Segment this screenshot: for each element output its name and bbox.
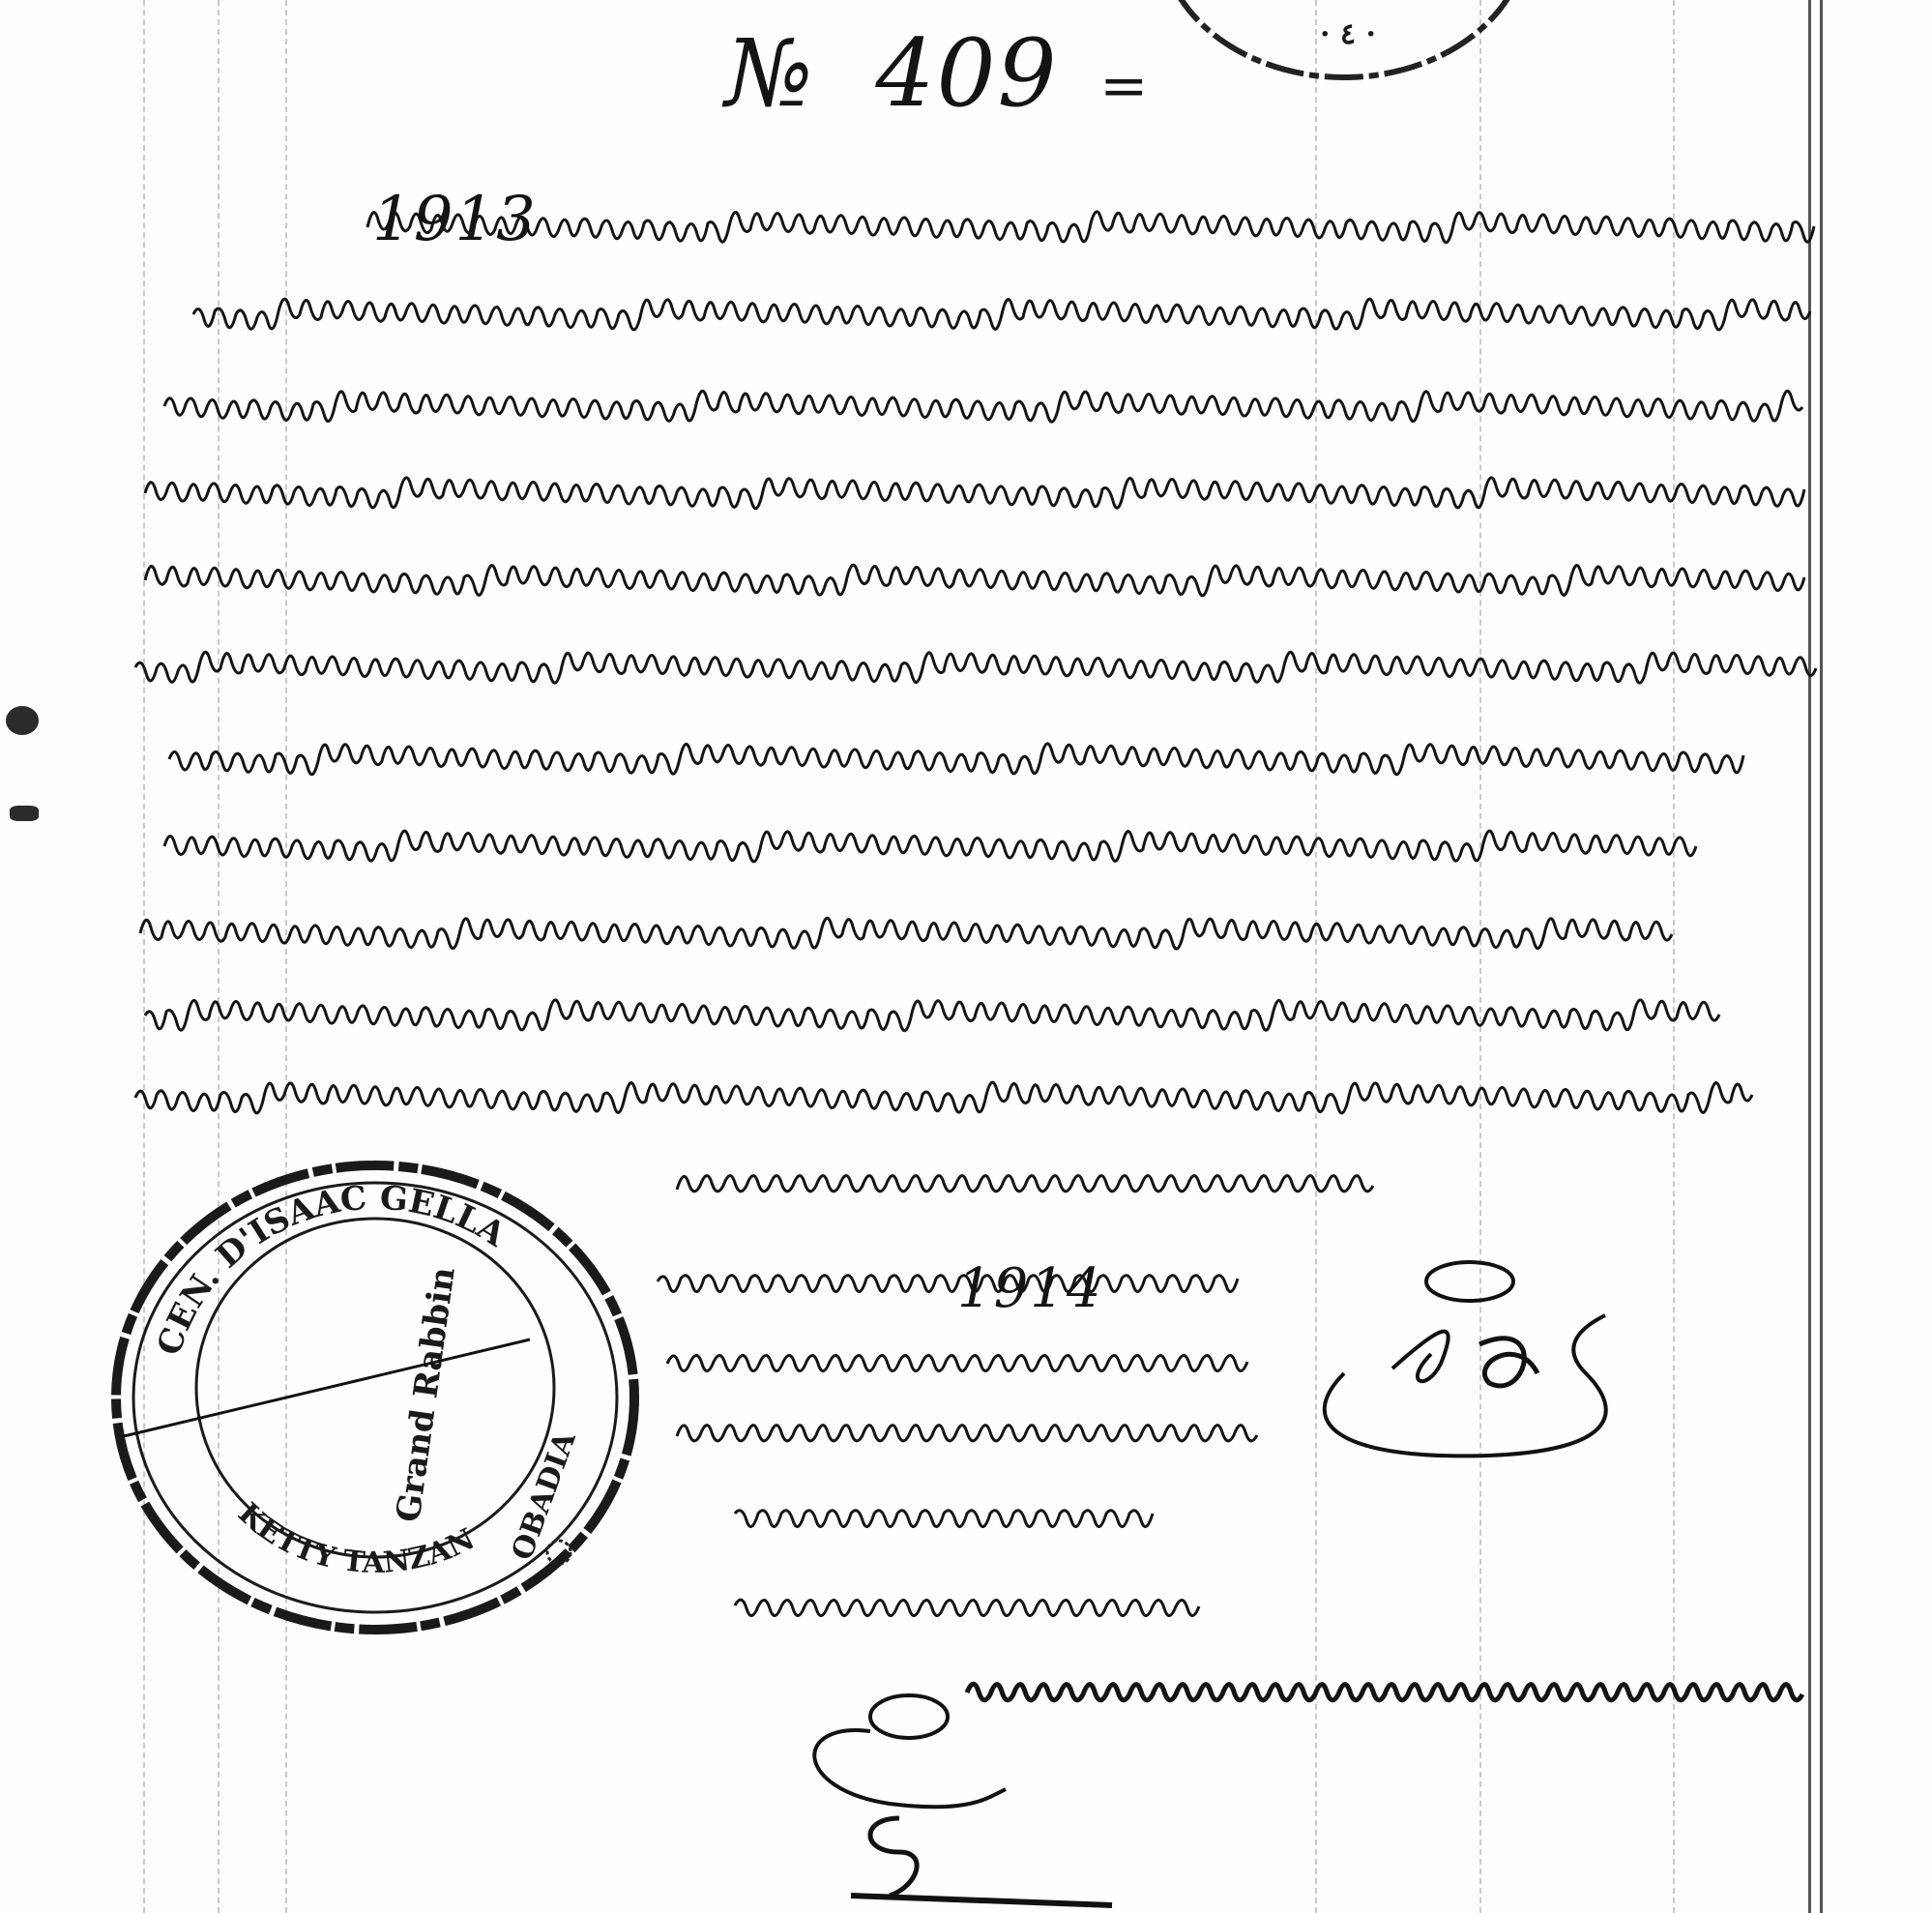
body-line: [handwritten Solitreo line] <box>145 542 1799 600</box>
ink-blot <box>10 806 39 821</box>
number-value: 409 <box>875 19 1058 128</box>
margin-double-rule <box>1820 0 1823 1913</box>
signature-right <box>1296 1267 1663 1460</box>
rabbinate-stamp: CEN. D'ISAAC GELLA KETTY TANZAN Grand Ra… <box>104 1156 646 1639</box>
top-stamp-fragment: · ٤ · <box>1320 17 1376 51</box>
body-line: [handwritten Solitreo line] <box>164 808 1692 866</box>
margin-double-rule <box>1808 0 1811 1913</box>
body-line: [handwritten Solitreo line] <box>193 276 1799 334</box>
body-line: [handwritten Solitreo line] <box>145 455 1799 513</box>
date-1914: 1914 <box>957 1257 1103 1320</box>
signature-line: [handwritten Solitreo line] <box>735 1475 1141 1533</box>
number-underline: = <box>1099 52 1150 120</box>
top-stamp: · ٤ · <box>1141 0 1547 97</box>
body-line: [handwritten Solitreo line] <box>169 721 1731 779</box>
body-line: [handwritten Solitreo line — includes da… <box>367 189 1799 247</box>
svg-text:KETTY TANZAN: KETTY TANZAN <box>231 1496 480 1579</box>
body-line: [handwritten Solitreo line] <box>140 895 1663 953</box>
signature-line: [handwritten Solitreo line] <box>735 1567 1189 1625</box>
signature-line: [handwritten Solitreo line — includes da… <box>658 1243 1238 1301</box>
signature-line: [handwritten Solitreo line] <box>677 1398 1238 1456</box>
signature-line: [handwritten Solitreo line] <box>667 1325 1247 1383</box>
stamp-inner-text: Grand Rabbin <box>389 1265 463 1525</box>
svg-text:CEN. D'ISAAC GELLA: CEN. D'ISAAC GELLA <box>150 1179 512 1361</box>
signature-bottom <box>754 1683 1160 1905</box>
stamp-outer-text: CEN. D'ISAAC GELLA <box>150 1179 512 1361</box>
body-line: [handwritten Solitreo line] <box>135 629 1799 687</box>
number-prefix: № <box>725 19 815 128</box>
date-1913: 1913 <box>372 184 538 255</box>
body-line: [handwritten Solitreo line] <box>164 368 1799 426</box>
document-page: · ٤ · № 409 = [handwritten Solitreo line… <box>0 0 1932 1913</box>
stamp-bottom-text: KETTY TANZAN <box>231 1496 480 1579</box>
document-number: № 409 = <box>725 19 1150 128</box>
body-line: [handwritten Solitreo line] <box>145 977 1702 1035</box>
ink-blot <box>6 706 39 735</box>
body-line: [handwritten Solitreo line] <box>135 1059 1750 1117</box>
signature-line: [handwritten Solitreo line] <box>677 1151 1354 1209</box>
